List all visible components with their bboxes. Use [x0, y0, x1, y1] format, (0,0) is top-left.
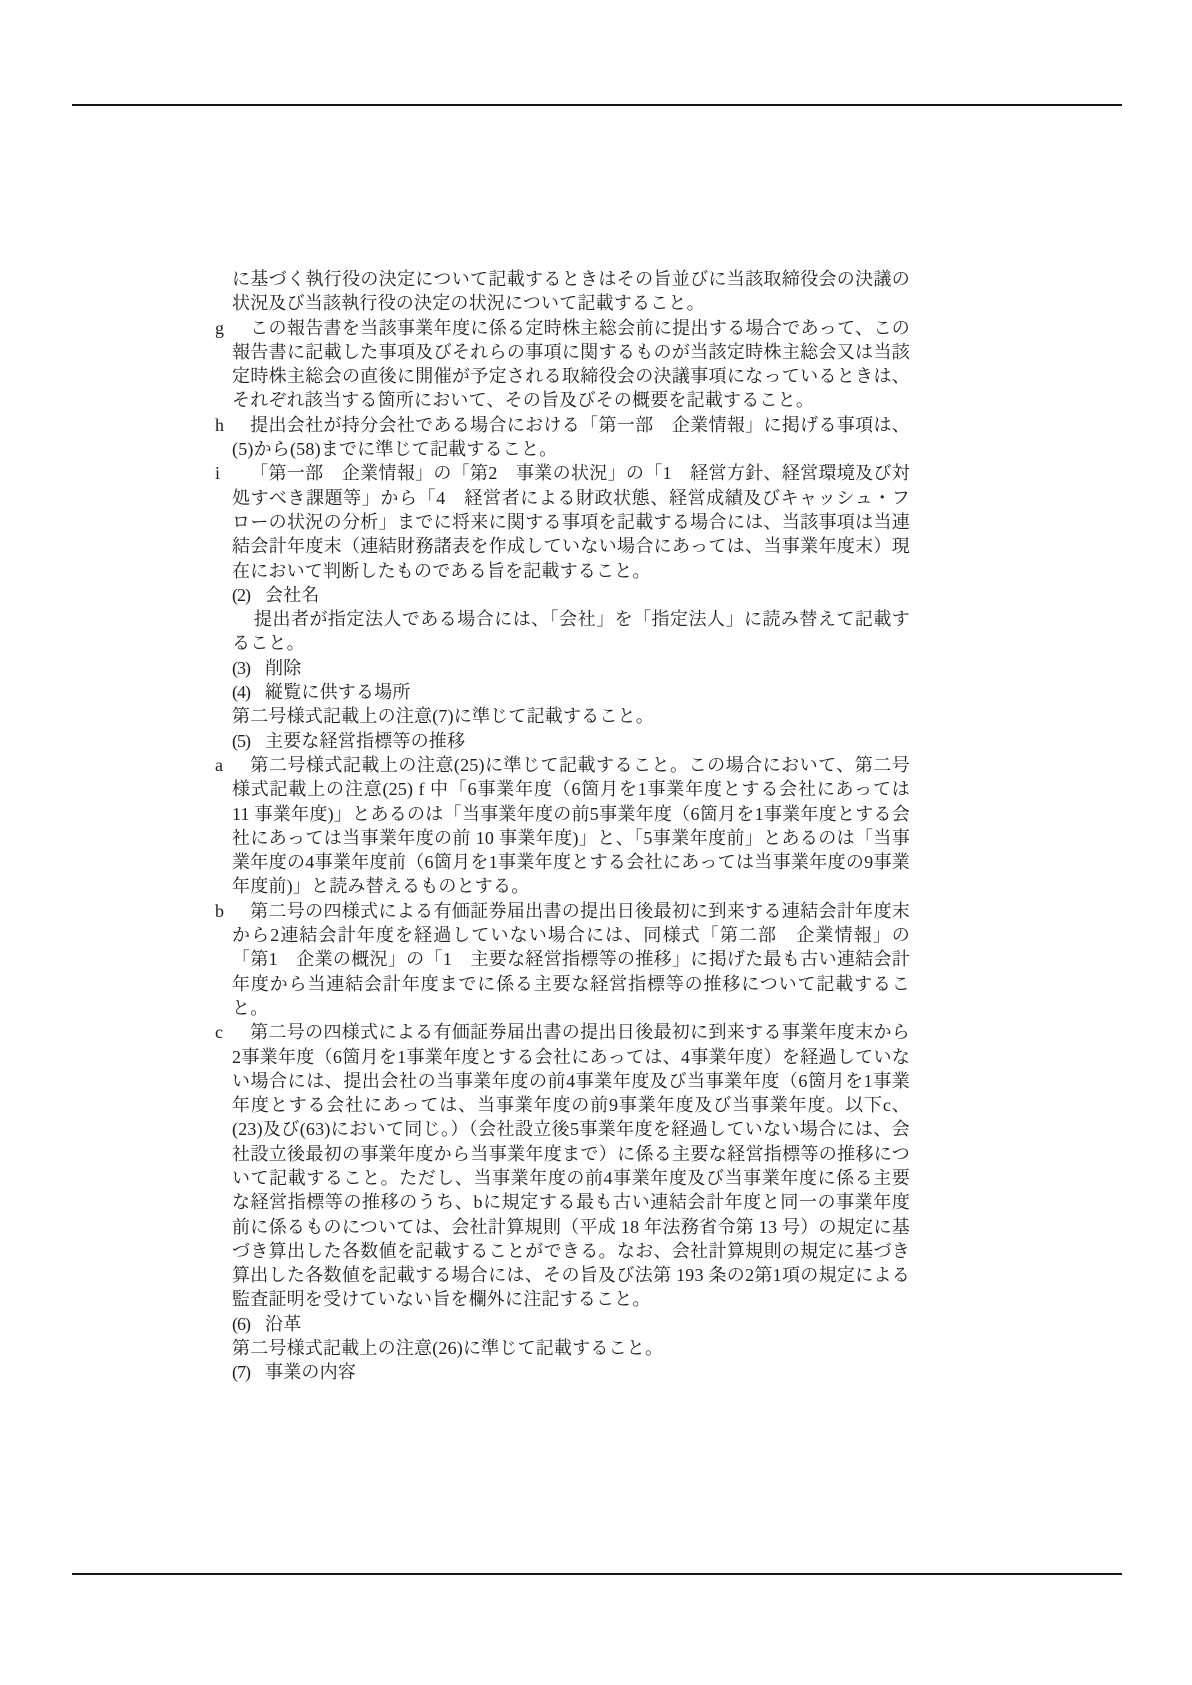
item-4-number: (4): [232, 680, 265, 704]
item-c-label: c: [215, 1020, 250, 1044]
item-5-heading: (5)主要な経営指標等の推移: [232, 729, 910, 753]
item-6-number: (6): [232, 1312, 265, 1336]
document-body: に基づく執行役の決定について記載するときはその旨並びに当該取締役会の決議の状況及…: [232, 267, 910, 1385]
item-a-text: 第二号様式記載上の注意(25)に準じて記載すること。この場合において、第二号様式…: [232, 755, 910, 896]
item-5-number: (5): [232, 729, 265, 753]
item-6-note-text: 第二号様式記載上の注意(26)に準じて記載すること。: [232, 1338, 663, 1358]
item-2-body: 提出者が指定法人である場合には、「会社」を「指定法人」に読み替えて記載すること。: [232, 607, 910, 656]
item-i-label: i: [215, 461, 250, 485]
item-6-heading: (6)沿革: [232, 1312, 910, 1336]
item-a-label: a: [215, 753, 250, 777]
item-g: gこの報告書を当該事業年度に係る定時株主総会前に提出する場合であって、この報告書…: [232, 316, 910, 413]
item-3-number: (3): [232, 656, 265, 680]
item-g-text: この報告書を当該事業年度に係る定時株主総会前に提出する場合であって、この報告書に…: [232, 318, 910, 411]
item-2-heading: (2)会社名: [232, 583, 910, 607]
footer-rule: [72, 1573, 1122, 1575]
item-a: a第二号様式記載上の注意(25)に準じて記載すること。この場合において、第二号様…: [232, 753, 910, 899]
document-page: に基づく執行役の決定について記載するときはその旨並びに当該取締役会の決議の状況及…: [0, 0, 1192, 1685]
item-5-title: 主要な経営指標等の推移: [265, 731, 465, 751]
item-6-note: 第二号様式記載上の注意(26)に準じて記載すること。: [232, 1336, 910, 1360]
item-4-note: 第二号様式記載上の注意(7)に準じて記載すること。: [232, 704, 910, 728]
item-4-heading: (4)縦覧に供する場所: [232, 680, 910, 704]
item-3-title: 削除: [265, 658, 301, 678]
item-h-label: h: [215, 413, 250, 437]
item-7-heading: (7)事業の内容: [232, 1360, 910, 1384]
item-c-text: 第二号の四様式による有価証券届出書の提出日後最初に到来する事業年度末から2事業年…: [232, 1022, 910, 1309]
item-g-label: g: [215, 316, 250, 340]
item-2-title: 会社名: [265, 585, 320, 605]
item-7-title: 事業の内容: [265, 1362, 356, 1382]
item-4-title: 縦覧に供する場所: [265, 682, 411, 702]
item-i: i「第一部 企業情報」の「第2 事業の状況」の「1 経営方針、経営環境及び対処す…: [232, 461, 910, 582]
item-i-text: 「第一部 企業情報」の「第2 事業の状況」の「1 経営方針、経営環境及び対処すべ…: [232, 463, 910, 580]
item-b-label: b: [215, 899, 250, 923]
item-h-text: 提出会社が持分会社である場合における「第一部 企業情報」に掲げる事項は、(5)か…: [232, 415, 910, 459]
item-7-number: (7): [232, 1360, 265, 1384]
header-rule: [72, 104, 1122, 106]
item-c: c第二号の四様式による有価証券届出書の提出日後最初に到来する事業年度末から2事業…: [232, 1020, 910, 1312]
item-6-title: 沿革: [265, 1314, 301, 1334]
item-4-note-text: 第二号様式記載上の注意(7)に準じて記載すること。: [232, 706, 654, 726]
item-2-number: (2): [232, 583, 265, 607]
item-3-heading: (3)削除: [232, 656, 910, 680]
item-h: h提出会社が持分会社である場合における「第一部 企業情報」に掲げる事項は、(5)…: [232, 413, 910, 462]
item-b: b第二号の四様式による有価証券届出書の提出日後最初に到来する連結会計年度末から2…: [232, 899, 910, 1020]
paragraph-continuation: に基づく執行役の決定について記載するときはその旨並びに当該取締役会の決議の状況及…: [232, 267, 910, 316]
paragraph-text: に基づく執行役の決定について記載するときはその旨並びに当該取締役会の決議の状況及…: [232, 269, 910, 313]
item-2-body-text: 提出者が指定法人である場合には、「会社」を「指定法人」に読み替えて記載すること。: [232, 609, 910, 653]
item-b-text: 第二号の四様式による有価証券届出書の提出日後最初に到来する連結会計年度末から2連…: [232, 901, 910, 1018]
